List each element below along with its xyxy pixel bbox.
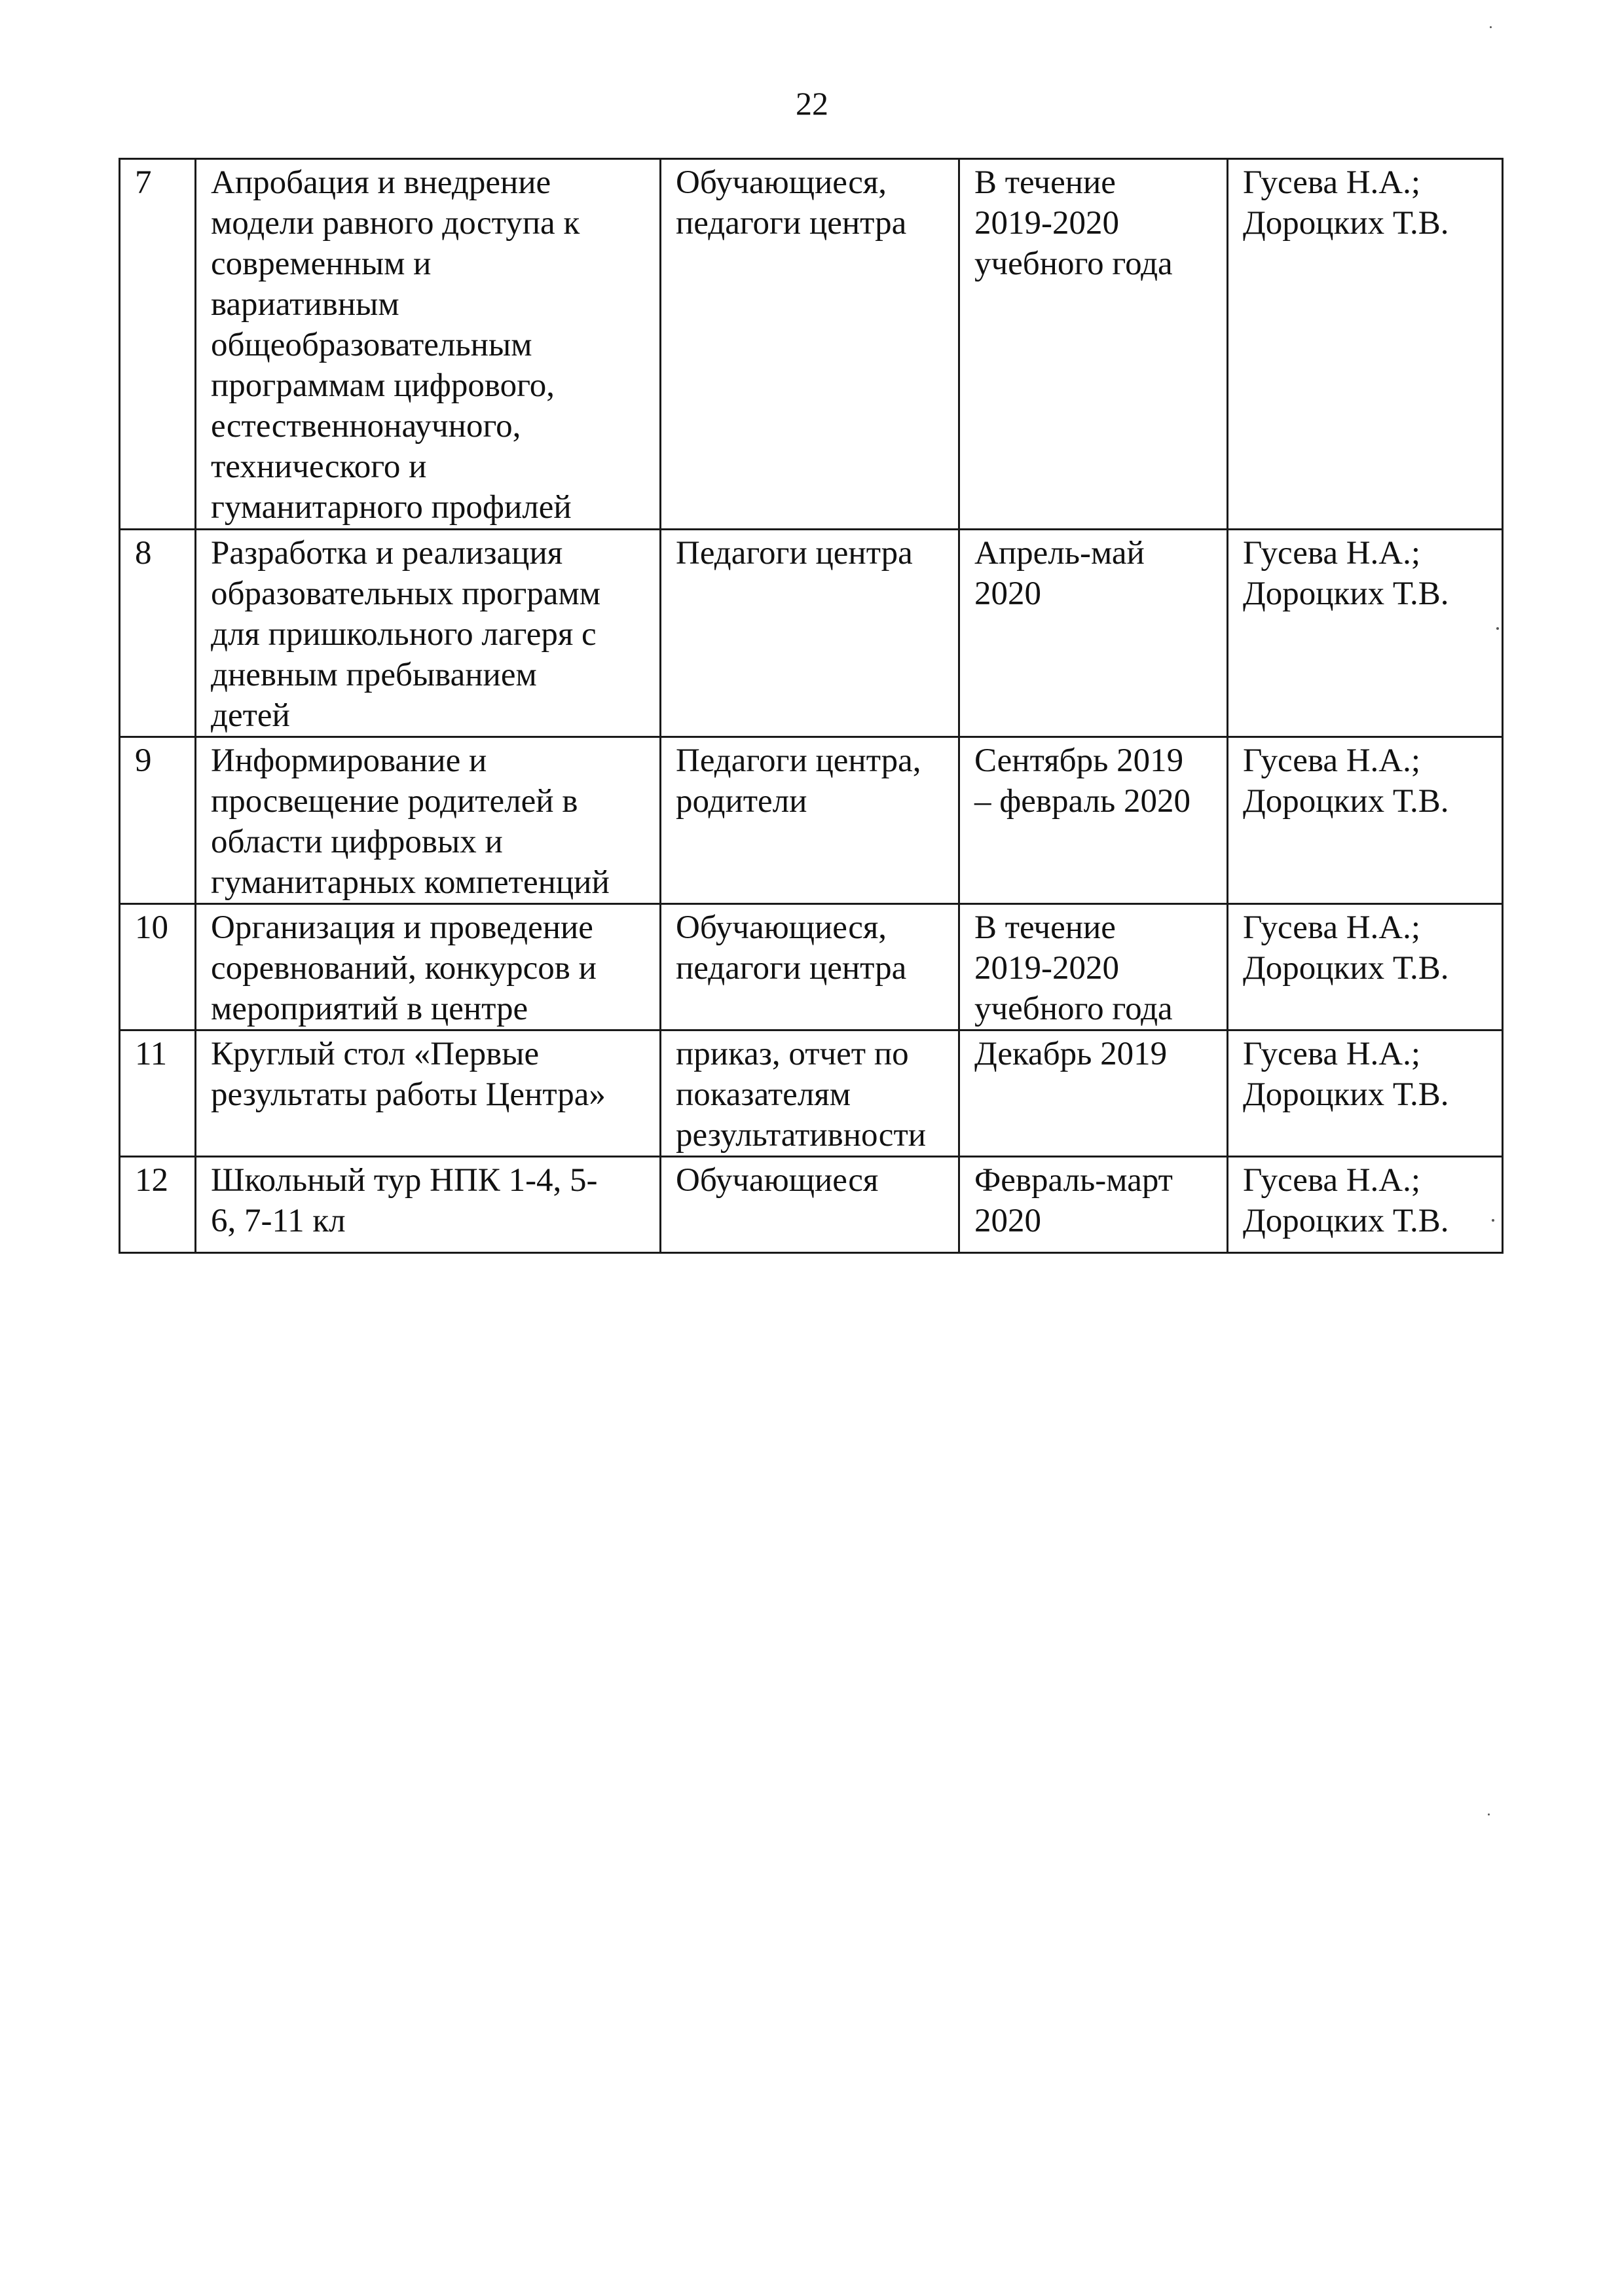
event-cell: Информирование и просвещение родителей в… xyxy=(196,737,661,904)
responsible-cell: Гусева Н.А.; Дороцких Т.В. xyxy=(1228,1157,1503,1253)
row-number: 10 xyxy=(120,904,196,1030)
row-number: 12 xyxy=(120,1157,196,1253)
dates-cell: В течение 2019-2020 учебного года xyxy=(959,904,1228,1030)
responsible-cell: Гусева Н.А.; Дороцких Т.В. xyxy=(1228,904,1503,1030)
dates-cell: Апрель-май 2020 xyxy=(959,530,1228,737)
event-cell: Организация и проведение соревнований, к… xyxy=(196,904,661,1030)
table-row: 11 Круглый стол «Первые результаты работ… xyxy=(120,1030,1503,1157)
responsible-cell: Гусева Н.А.; Дороцких Т.В. xyxy=(1228,159,1503,530)
participants-cell: Педагоги центра, родители xyxy=(661,737,959,904)
responsible-cell: Гусева Н.А.; Дороцких Т.В. xyxy=(1228,737,1503,904)
event-cell: Апробация и внедрение модели равного дос… xyxy=(196,159,661,530)
participants-cell: Обучающиеся, педагоги центра xyxy=(661,159,959,530)
scan-speck xyxy=(1492,1219,1494,1222)
scan-speck xyxy=(1488,1813,1490,1815)
table-row: 9 Информирование и просвещение родителей… xyxy=(120,737,1503,904)
participants-cell: Педагоги центра xyxy=(661,530,959,737)
event-cell: Круглый стол «Первые результаты работы Ц… xyxy=(196,1030,661,1157)
dates-cell: В течение 2019-2020 учебного года xyxy=(959,159,1228,530)
dates-cell: Сентябрь 2019 – февраль 2020 xyxy=(959,737,1228,904)
activity-plan-table: 7 Апробация и внедрение модели равного д… xyxy=(119,158,1504,1254)
row-number: 8 xyxy=(120,530,196,737)
responsible-cell: Гусева Н.А.; Дороцких Т.В. xyxy=(1228,1030,1503,1157)
participants-cell: Обучающиеся, педагоги центра xyxy=(661,904,959,1030)
row-number: 9 xyxy=(120,737,196,904)
row-number: 11 xyxy=(120,1030,196,1157)
table-row: 8 Разработка и реализация образовательны… xyxy=(120,530,1503,737)
page-number: 22 xyxy=(0,84,1624,123)
responsible-cell: Гусева Н.А.; Дороцких Т.В. xyxy=(1228,530,1503,737)
scan-speck xyxy=(1496,627,1499,630)
table-row: 10 Организация и проведение соревнований… xyxy=(120,904,1503,1030)
table-row: 7 Апробация и внедрение модели равного д… xyxy=(120,159,1503,530)
table-row: 12 Школьный тур НПК 1-4, 5- 6, 7-11 кл О… xyxy=(120,1157,1503,1253)
participants-cell: Обучающиеся xyxy=(661,1157,959,1253)
dates-cell: Декабрь 2019 xyxy=(959,1030,1228,1157)
event-cell: Школьный тур НПК 1-4, 5- 6, 7-11 кл xyxy=(196,1157,661,1253)
event-cell: Разработка и реализация образовательных … xyxy=(196,530,661,737)
participants-cell: приказ, отчет по показателям результатив… xyxy=(661,1030,959,1157)
row-number: 7 xyxy=(120,159,196,530)
dates-cell: Февраль-март 2020 xyxy=(959,1157,1228,1253)
scan-speck xyxy=(1490,26,1492,28)
